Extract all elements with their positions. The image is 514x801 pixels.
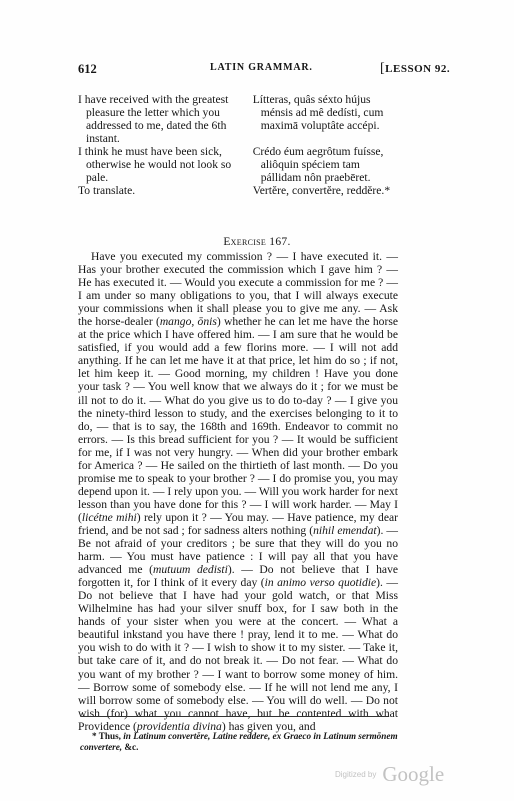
italic-term: nihil emendat — [313, 524, 377, 537]
footnote: * Thus, in Latinum convertĕre, Latine re… — [80, 731, 400, 753]
lesson-label: [LESSON 92. — [380, 61, 450, 77]
phrase-table: I have received with the greatest pleasu… — [78, 93, 398, 197]
phrase-latin: Crédo éum aegrôtum fuísse, aliôquin spéc… — [253, 145, 398, 184]
google-logo: Google — [382, 762, 444, 786]
italic-term: licétne mihi — [82, 511, 137, 524]
page-number: 612 — [78, 62, 97, 77]
exercise-heading: Exercise 167. — [0, 236, 514, 248]
italic-term: in animo verso quotidie — [265, 576, 377, 589]
running-title: LATIN GRAMMAR. — [210, 62, 313, 73]
phrase-english: I have received with the greatest pleasu… — [78, 93, 253, 145]
phrase-row: I have received with the greatest pleasu… — [78, 93, 398, 145]
lesson-text: LESSON 92. — [385, 63, 450, 75]
exercise-paragraph: Have you executed my commission ? — I ha… — [78, 250, 398, 733]
phrase-row: I think he must have been sick, otherwis… — [78, 145, 398, 184]
exercise-title: Exercise 167. — [223, 236, 290, 248]
book-page: 612 LATIN GRAMMAR. [LESSON 92. I have re… — [0, 0, 514, 801]
phrase-english: To translate. — [78, 184, 253, 197]
italic-term: in Latinum convertĕre, Latine reddere, e… — [80, 731, 398, 752]
phrase-row: To translate. Vertĕre, convertĕre, reddĕ… — [78, 184, 398, 197]
digitized-watermark: Digitized by Google — [335, 762, 444, 787]
italic-term: mutuum dedisti — [153, 563, 228, 576]
phrase-latin: Vertĕre, convertĕre, reddĕre.* — [253, 184, 398, 197]
italic-term: mango, ōnis — [160, 315, 217, 328]
watermark-prefix: Digitized by — [335, 770, 376, 779]
phrase-english: I think he must have been sick, otherwis… — [78, 145, 253, 184]
footnote-divider — [81, 716, 388, 717]
running-header: 612 LATIN GRAMMAR. [LESSON 92. — [78, 62, 396, 78]
phrase-latin: Lítteras, quâs séxto hújus ménsis ad mê … — [253, 93, 398, 145]
